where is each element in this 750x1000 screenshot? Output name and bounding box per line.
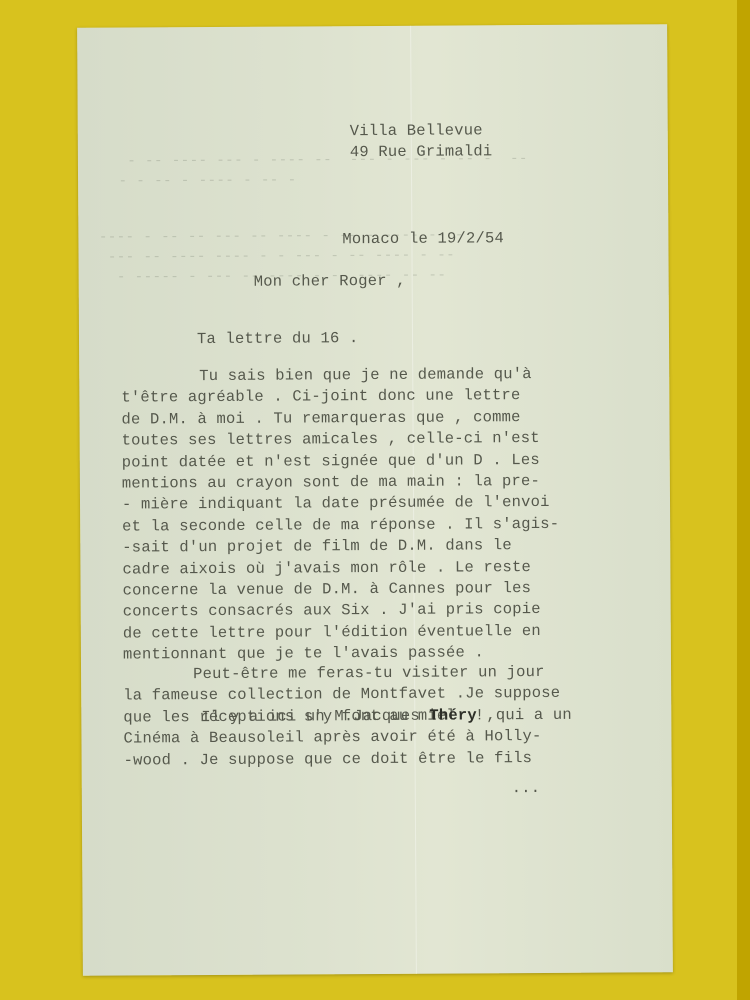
letter-sheet: -- - -- - --- - --- -- ---- - --- ---- -…: [77, 24, 673, 976]
place-date: Monaco le 19/2/54: [342, 228, 504, 250]
p1-line: mentionnant que je te l'avais passée .: [123, 644, 484, 664]
p2-line: Peut-être me feras-tu visiter un jour: [123, 663, 545, 684]
p1-line: Tu sais bien que je ne demande qu'à: [121, 365, 532, 386]
p1-line: -sait d'un projet de film de D.M. dans l…: [122, 536, 512, 556]
continuation-mark: ...: [512, 778, 541, 800]
p1-line: concerts consacrés aux Six . J'ai pris c…: [123, 600, 541, 621]
paragraph-3: Il y a ici un M.Jacques Théry ,qui a un …: [123, 705, 572, 772]
p1-line: - mière indiquant la date présumée de l'…: [122, 493, 550, 514]
p1-line: point datée et n'est signée que d'un D .…: [122, 451, 540, 472]
p1-line: t'être agréable . Ci-joint donc une lett…: [121, 387, 520, 407]
paragraph-1: Tu sais bien que je ne demande qu'à t'êt…: [121, 364, 560, 666]
p1-line: concerne la venue de D.M. à Cannes pour …: [122, 579, 531, 599]
p1-line: et la seconde celle de ma réponse . Il s…: [122, 515, 559, 536]
salutation: Mon cher Roger ,: [254, 271, 406, 293]
address-line-2: 49 Rue Grimaldi: [350, 143, 493, 162]
name-thery: Théry: [429, 706, 477, 724]
opening-line: Ta lettre du 16 .: [197, 328, 359, 350]
p1-line: de cette lettre pour l'édition éventuell…: [123, 622, 541, 643]
p3-text: Il y a ici un M.Jacques: [201, 707, 429, 726]
p2-line: la fameuse collection de Montfavet .Je s…: [123, 684, 560, 705]
address-line-1: Villa Bellevue: [350, 121, 483, 140]
p3-line: -wood . Je suppose que ce doit être le f…: [124, 749, 533, 769]
sender-address: Villa Bellevue 49 Rue Grimaldi: [350, 120, 493, 164]
p1-line: toutes ses lettres amicales , celle-ci n…: [122, 429, 540, 450]
p1-line: mentions au crayon sont de ma main : la …: [122, 472, 540, 493]
p3-line: Cinéma à Beausoleil après avoir été à Ho…: [123, 727, 541, 748]
p3-text: ,qui a un: [477, 706, 572, 725]
p1-line: cadre aixois où j'avais mon rôle . Le re…: [122, 558, 531, 578]
background-edge: [737, 0, 750, 1000]
p1-line: de D.M. à moi . Tu remarqueras que , com…: [121, 408, 520, 428]
p3-line-1: Il y a ici un M.Jacques Théry ,qui a un: [123, 706, 572, 727]
